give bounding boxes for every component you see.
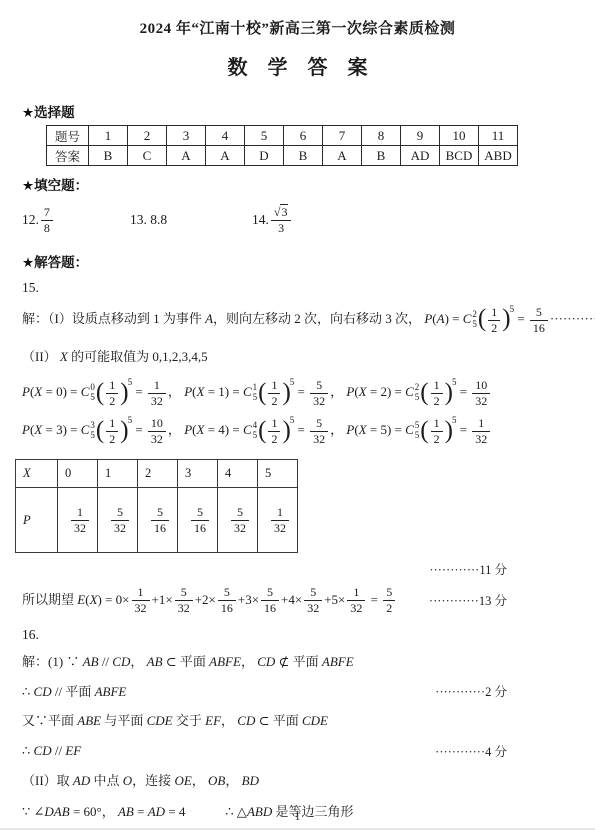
- question-number-cell: 1: [89, 126, 128, 146]
- page-number: 1: [0, 809, 595, 824]
- question-number-cell: 9: [401, 126, 440, 146]
- q16-solution-line-3: 又∵平面 ABE 与平面 CDE 交于 EF， CD ⊂ 平面 CDE: [22, 713, 593, 730]
- score-marker-2: ············2 分: [435, 684, 507, 700]
- answer-cell: B: [284, 146, 323, 166]
- answer-cell: A: [167, 146, 206, 166]
- p-value-cell: 516: [178, 488, 218, 553]
- score-marker-11: ············11 分: [429, 560, 507, 578]
- answer-cell: ABD: [479, 146, 518, 166]
- question-number-cell: 10: [440, 126, 479, 146]
- answer-cell: A: [323, 146, 362, 166]
- footer-divider: [0, 828, 595, 830]
- p-value-cell: 132: [58, 488, 98, 553]
- q16-solution-line-5: （II）取 AD 中点 O，连接 OE， OB， BD: [22, 773, 593, 790]
- question-15-label: 15.: [22, 280, 593, 296]
- question-16-label: 16.: [22, 627, 593, 643]
- x-value-cell: 2: [138, 460, 178, 488]
- q16-solution-line-2: ∴ CD // 平面 ABFE ············2 分: [22, 684, 593, 701]
- fill-answer-14: 14. √33: [252, 206, 293, 234]
- page-subtitle: 数 学 答 案: [0, 51, 595, 80]
- q16-conclusion-2: ∴ CD // EF: [22, 743, 81, 758]
- distribution-p-row: P 132 532 516 516 532 132: [16, 488, 298, 553]
- question-number-cell: 8: [362, 126, 401, 146]
- answer-cell: A: [206, 146, 245, 166]
- page-content: ★选择题 题号 1 2 3 4 5 6 7 8 9 10 11 答案 B C A: [0, 101, 595, 821]
- fill-answers-row: 12. 78 13. 8.8 14. √33: [22, 196, 593, 244]
- page-title: 2024 年“江南十校”新高三第一次综合素质检测: [0, 17, 595, 38]
- answer-cell: BCD: [440, 146, 479, 166]
- p-value-cell: 132: [258, 488, 298, 553]
- answer-cell: B: [89, 146, 128, 166]
- q16-solution-line-1: 解：(1) ∵ AB // CD， AB ⊂ 平面 ABFE， CD ⊄ 平面 …: [22, 654, 593, 671]
- question-number-cell: 7: [323, 126, 362, 146]
- section-heading-choice: ★选择题: [22, 101, 593, 121]
- question-number-cell: 11: [479, 126, 518, 146]
- q15-solution-line-1: 解：（I）设质点移动到 1 为事件 A，则向左移动 2 次，向右移动 3 次， …: [22, 306, 593, 334]
- q15-score-line-11: ············11 分: [22, 561, 593, 576]
- q15-solution-line-2: （II） X 的可能取值为 0,1,2,3,4,5: [22, 349, 593, 366]
- row-label-numbers: 题号: [47, 126, 89, 146]
- q15-solution-line-4: P(X = 3) = C35(12)5 = 1032， P(X = 4) = C…: [22, 417, 593, 445]
- p-row-label: P: [16, 488, 58, 553]
- table-row-answers: 答案 B C A A D B A B AD BCD ABD: [47, 146, 518, 166]
- p-value-cell: 516: [138, 488, 178, 553]
- question-number-cell: 5: [245, 126, 284, 146]
- distribution-x-row: X 0 1 2 3 4 5: [16, 460, 298, 488]
- answer-cell: AD: [401, 146, 440, 166]
- score-marker-13: ············13 分: [429, 592, 507, 608]
- fill-answer-13: 13. 8.8: [130, 212, 252, 228]
- q16-conclusion-1: ∴ CD // 平面 ABFE: [22, 684, 126, 699]
- p-value-cell: 532: [98, 488, 138, 553]
- score-marker-4: ············4 分: [435, 744, 507, 760]
- answer-cell: C: [128, 146, 167, 166]
- fill-answer-12: 12. 78: [22, 206, 130, 234]
- q15-expectation-formula: 所以期望 E(X) = 0×132+1×532+2×516+3×516+4×53…: [22, 592, 397, 607]
- x-value-cell: 5: [258, 460, 298, 488]
- question-number-cell: 4: [206, 126, 245, 146]
- section-heading-fill: ★填空题：: [22, 174, 593, 194]
- row-label-answers: 答案: [47, 146, 89, 166]
- answer-cell: D: [245, 146, 284, 166]
- document-page: 2024 年“江南十校”新高三第一次综合素质检测 数 学 答 案 ★选择题 题号…: [0, 17, 595, 821]
- q16-solution-line-4: ∴ CD // EF ············4 分: [22, 743, 593, 760]
- distribution-table: X 0 1 2 3 4 5 P 132 532 516 516 532 132: [15, 459, 298, 553]
- choice-answer-table: 题号 1 2 3 4 5 6 7 8 9 10 11 答案 B C A A D …: [46, 125, 518, 166]
- question-number-cell: 6: [284, 126, 323, 146]
- section-heading-solutions: ★解答题：: [22, 251, 593, 271]
- x-value-cell: 4: [218, 460, 258, 488]
- q15-solution-line-3: P(X = 0) = C05(12)5 = 132， P(X = 1) = C1…: [22, 379, 593, 407]
- x-value-cell: 1: [98, 460, 138, 488]
- x-value-cell: 3: [178, 460, 218, 488]
- answer-cell: B: [362, 146, 401, 166]
- table-row-question-numbers: 题号 1 2 3 4 5 6 7 8 9 10 11: [47, 126, 518, 146]
- question-number-cell: 3: [167, 126, 206, 146]
- x-row-label: X: [16, 460, 58, 488]
- question-number-cell: 2: [128, 126, 167, 146]
- x-value-cell: 0: [58, 460, 98, 488]
- q15-expectation-line: 所以期望 E(X) = 0×132+1×532+2×516+3×516+4×53…: [22, 586, 593, 614]
- p-value-cell: 532: [218, 488, 258, 553]
